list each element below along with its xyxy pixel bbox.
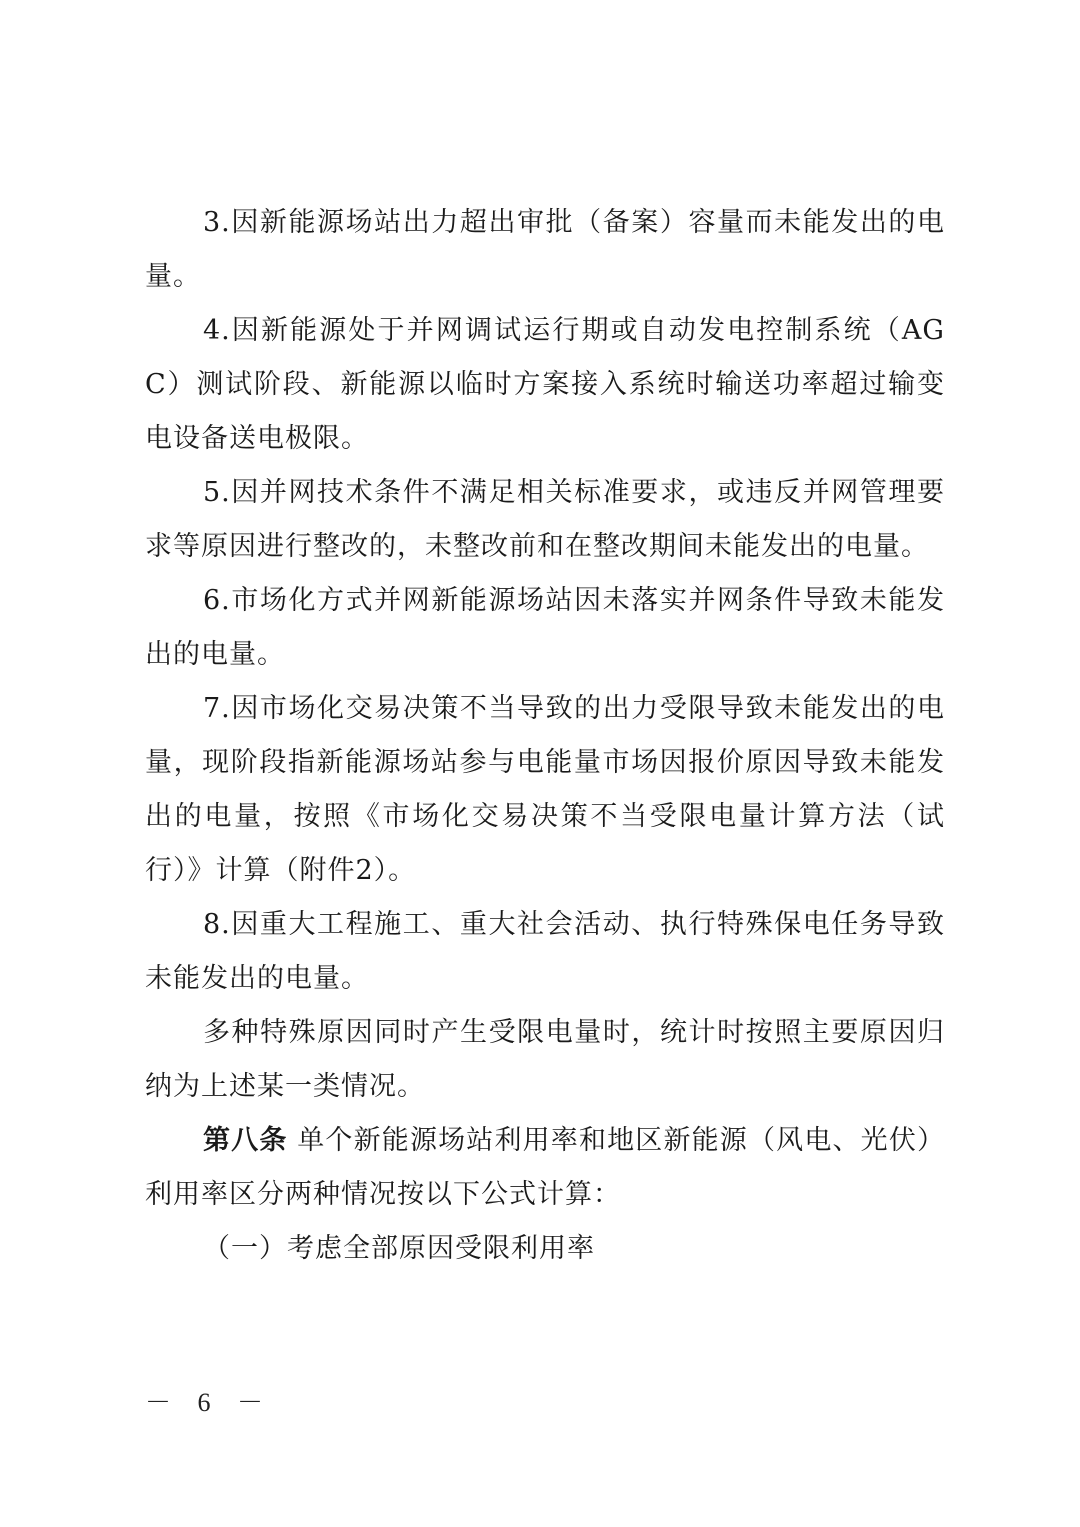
paragraph-item-3: 3.因新能源场站出力超出审批（备案）容量而未能发出的电量。 (145, 196, 945, 304)
paragraph-item-7: 7.因市场化交易决策不当导致的出力受限导致未能发出的电量，现阶段指新能源场站参与… (145, 682, 945, 898)
paragraph-item-4: 4.因新能源处于并网调试运行期或自动发电控制系统（AGC）测试阶段、新能源以临时… (145, 304, 945, 466)
paragraph-item-8: 8.因重大工程施工、重大社会活动、执行特殊保电任务导致未能发出的电量。 (145, 898, 945, 1006)
page-number: － 6 － (145, 1382, 273, 1419)
paragraph-article-8: 第八条 单个新能源场站利用率和地区新能源（风电、光伏）利用率区分两种情况按以下公… (145, 1114, 945, 1222)
article-heading: 第八条 (203, 1125, 288, 1156)
document-page: 3.因新能源场站出力超出审批（备案）容量而未能发出的电量。 4.因新能源处于并网… (145, 196, 945, 1276)
paragraph-summary: 多种特殊原因同时产生受限电量时，统计时按照主要原因归纳为上述某一类情况。 (145, 1006, 945, 1114)
paragraph-item-6: 6.市场化方式并网新能源场站因未落实并网条件导致未能发出的电量。 (145, 574, 945, 682)
paragraph-section-1: （一）考虑全部原因受限利用率 (145, 1222, 945, 1276)
paragraph-item-5: 5.因并网技术条件不满足相关标准要求，或违反并网管理要求等原因进行整改的，未整改… (145, 466, 945, 574)
